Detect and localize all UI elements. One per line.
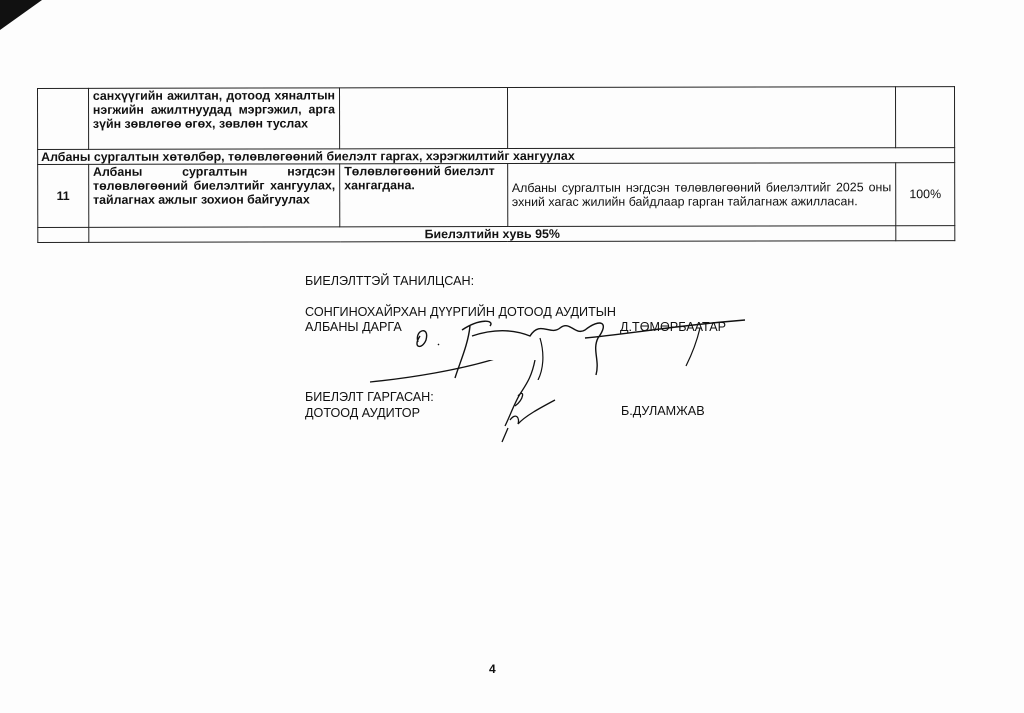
expected-result-cell: Төлөвлөгөөний биелэлт хангагдана. (340, 164, 508, 227)
row-number-cell: 11 (38, 164, 89, 227)
approval-name: Д.ТӨМӨРБААТАР (620, 320, 726, 335)
summary-cell: Биелэлтийн хувь 95% (89, 226, 896, 243)
performance-cell: Албаны сургалтын нэгдсэн төлөвлөгөөний б… (507, 163, 896, 227)
table-row: 11 Албаны сургалтын нэгдсэн төлөвлөгөөни… (38, 163, 955, 228)
empty-cell (896, 226, 955, 241)
approval-org-line: СОНГИНОХАЙРХАН ДҮҮРГИЙН ДОТООД АУДИТЫН (305, 305, 616, 320)
approval-position: АЛБАНЫ ДАРГА (305, 320, 402, 335)
task-cell: санхүүгийн ажилтан, дотоод хяналтын нэгж… (88, 88, 339, 150)
scan-corner-fold (0, 0, 42, 30)
expected-result-cell (340, 88, 508, 149)
performance-cell (507, 87, 896, 149)
prepared-position: ДОТООД АУДИТОР (305, 406, 420, 421)
row-number-cell (38, 88, 89, 149)
prepared-signature-icon (350, 360, 590, 450)
summary-row: Биелэлтийн хувь 95% (38, 226, 955, 243)
performance-table: санхүүгийн ажилтан, дотоод хяналтын нэгж… (37, 86, 955, 243)
prepared-heading: БИЕЛЭЛТ ГАРГАСАН: (305, 390, 434, 405)
task-cell: Албаны сургалтын нэгдсэн төлөвлөгөөний б… (88, 164, 339, 228)
percent-cell: 100% (896, 163, 955, 226)
approval-heading: БИЕЛЭЛТТЭЙ ТАНИЛЦСАН: (305, 274, 474, 289)
empty-cell (38, 227, 89, 242)
prepared-name: Б.ДУЛАМЖАВ (621, 404, 705, 419)
table-row: санхүүгийн ажилтан, дотоод хяналтын нэгж… (38, 87, 955, 150)
percent-cell (896, 87, 955, 148)
page-number: 4 (489, 662, 496, 676)
